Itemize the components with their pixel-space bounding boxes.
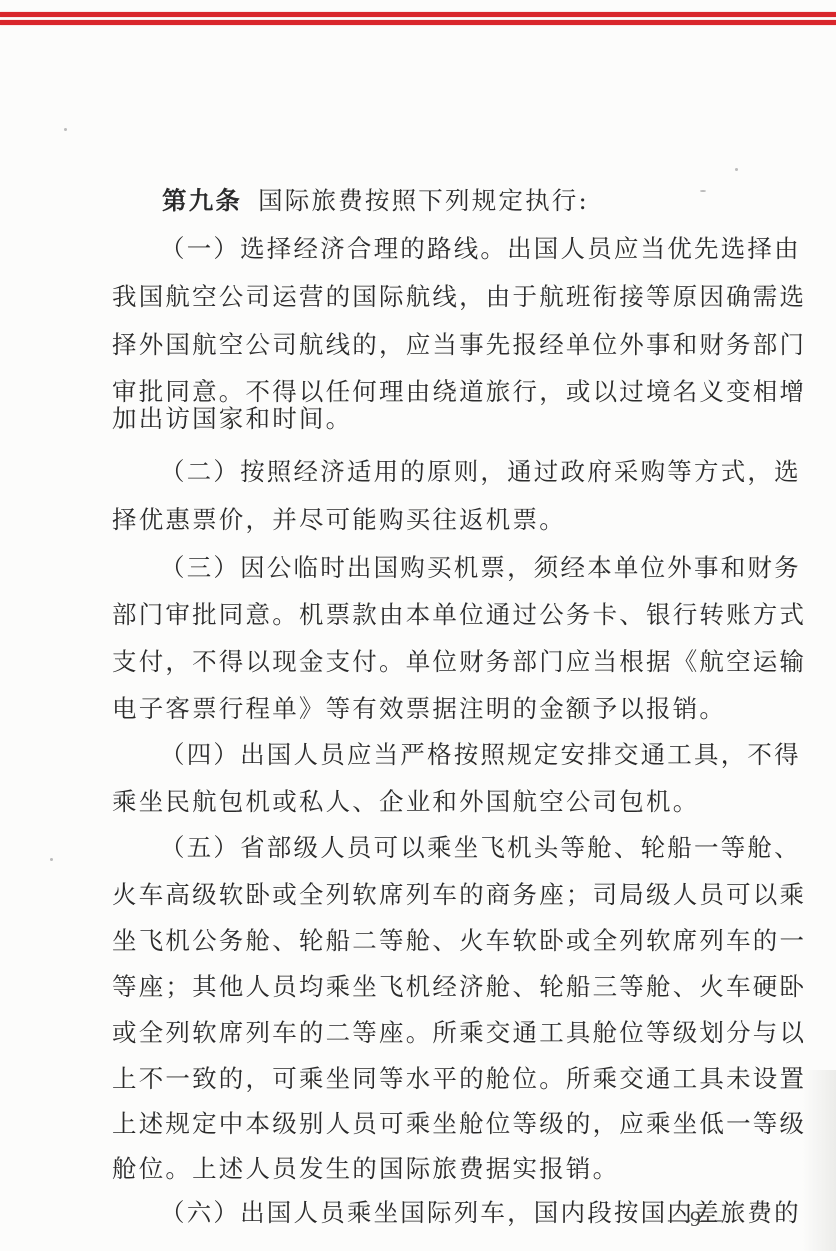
scan-speck	[50, 858, 53, 861]
scan-speck	[735, 168, 738, 171]
scan-speck	[64, 128, 67, 131]
scan-speck	[700, 190, 706, 192]
paragraph-5-line-6: 上不一致的，可乘坐同等水平的舱位。所乘交通工具未设置	[112, 1064, 806, 1094]
paragraph-5-line-4: 等座；其他人员均乘坐飞机经济舱、轮船三等舱、火车硬卧	[112, 972, 806, 1002]
page-number: —9—	[668, 1206, 723, 1232]
paragraph-3-line-4: 电子客票行程单》等有效票据注明的金额予以报销。	[112, 694, 726, 724]
article-heading-text: 国际旅费按照下列规定执行:	[258, 186, 589, 215]
paragraph-4-line-2: 乘坐民航包机或私人、企业和外国航空公司包机。	[112, 787, 699, 817]
paragraph-5-line-3: 坐飞机公务舱、轮船二等舱、火车软卧或全列软席列车的一	[112, 926, 806, 956]
paragraph-5-line-8: 舱位。上述人员发生的国际旅费据实报销。	[112, 1154, 619, 1184]
paragraph-1-line-4: 审批同意。不得以任何理由绕道旅行，或以过境名义变相增	[112, 377, 806, 407]
paragraph-1-line-1: （一）选择经济合理的路线。出国人员应当优先选择由	[160, 234, 801, 264]
paragraph-3-line-2: 部门审批同意。机票款由本单位通过公务卡、银行转账方式	[112, 600, 806, 630]
paragraph-5-line-5: 或全列软席列车的二等座。所乘交通工具舱位等级划分与以	[112, 1018, 806, 1048]
paragraph-5-line-1: （五）省部级人员可以乘坐飞机头等舱、轮船一等舱、	[160, 833, 801, 863]
paragraph-1-line-2: 我国航空公司运营的国际航线，由于航班衔接等原因确需选	[112, 282, 806, 312]
paragraph-5-line-7: 上述规定中本级别人员可乘坐舱位等级的，应乘坐低一等级	[112, 1109, 806, 1139]
paragraph-3-line-3: 支付，不得以现金支付。单位财务部门应当根据《航空运输	[112, 647, 806, 677]
article-heading-line: 第九条 国际旅费按照下列规定执行:	[162, 186, 589, 216]
header-red-rule-bottom	[0, 20, 836, 25]
document-page: 第九条 国际旅费按照下列规定执行: （一）选择经济合理的路线。出国人员应当优先选…	[0, 0, 836, 1251]
paragraph-2-line-2: 择优惠票价，并尽可能购买往返机票。	[112, 505, 566, 535]
paragraph-2-line-1: （二）按照经济适用的原则，通过政府采购等方式，选	[160, 457, 801, 487]
article-number: 第九条	[162, 186, 242, 215]
paragraph-1-line-3: 择外国航空公司航线的，应当事先报经单位外事和财务部门	[112, 330, 806, 360]
header-red-rule-top	[0, 12, 836, 17]
paragraph-3-line-1: （三）因公临时出国购买机票，须经本单位外事和财务	[160, 553, 801, 583]
paragraph-4-line-1: （四）出国人员应当严格按照规定安排交通工具，不得	[160, 740, 801, 770]
paragraph-1-line-5: 加出访国家和时间。	[112, 404, 352, 434]
scan-edge-shadow	[802, 1070, 836, 1251]
paragraph-5-line-2: 火车高级软卧或全列软席列车的商务座；司局级人员可以乘	[112, 880, 806, 910]
